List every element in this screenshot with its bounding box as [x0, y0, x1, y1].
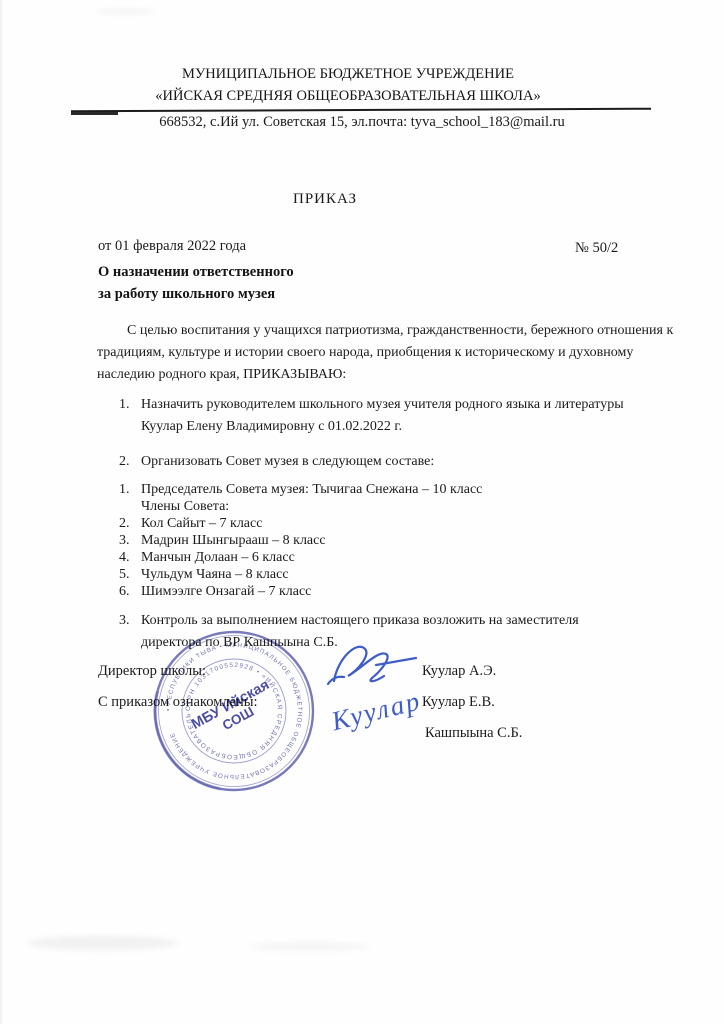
- org-address-line: 668532, с.Ий ул. Советская 15, эл.почта:…: [0, 112, 724, 132]
- council-member-number: 5.: [119, 566, 141, 583]
- council-member-row: 3. Мадрин Шынгырааш – 8 класс: [119, 532, 671, 549]
- council-member-number: 4.: [119, 549, 141, 566]
- letterhead: МУНИЦИПАЛЬНОЕ БЮДЖЕТНОЕ УЧРЕЖДЕНИЕ «ИЙСК…: [0, 64, 710, 107]
- order-number: № 50/2: [575, 240, 618, 257]
- council-members-subheading: Члены Совета:: [141, 498, 671, 515]
- document-type-title: ПРИКАЗ: [293, 191, 357, 208]
- council-member-text: Мадрин Шынгырааш – 8 класс: [141, 532, 671, 549]
- council-chair-line: Председатель Совета музея: Тычигаа Снежа…: [141, 481, 671, 498]
- order-subject: О назначении ответственного за работу шк…: [98, 261, 294, 305]
- council-member-number: 1.: [119, 481, 141, 515]
- council-member-text: Кол Сайыт – 7 класс: [141, 515, 671, 532]
- council-member-row: 2. Кол Сайыт – 7 класс: [119, 515, 671, 532]
- council-member-text: Шимээлге Онзагай – 7 класс: [141, 583, 671, 600]
- council-member-text: Манчын Долаан – 6 класс: [141, 549, 671, 566]
- council-member-row: 6. Шимээлге Онзагай – 7 класс: [119, 583, 671, 600]
- council-member-text: Председатель Совета музея: Тычигаа Снежа…: [141, 481, 671, 515]
- org-name-line2: «ИЙСКАЯ СРЕДНЯЯ ОБЩЕОБРАЗОВАТЕЛЬНАЯ ШКОЛ…: [0, 86, 710, 108]
- scanned-order-document: { "letterhead": { "org_line1": "МУНИЦИПА…: [0, 0, 724, 1024]
- order-item-number: 3.: [119, 610, 141, 653]
- order-subject-line1: О назначении ответственного: [98, 261, 294, 283]
- council-members-list: 1. Председатель Совета музея: Тычигаа Сн…: [119, 481, 671, 600]
- scan-smudge: [28, 936, 178, 950]
- council-member-row: 1. Председатель Совета музея: Тычигаа Сн…: [119, 481, 671, 515]
- order-preamble: С целью воспитания у учащихся патриотизм…: [97, 320, 675, 386]
- order-subject-line2: за работу школьного музея: [98, 283, 294, 305]
- order-item-text: Назначить руководителем школьного музея …: [141, 394, 661, 437]
- council-member-number: 6.: [119, 583, 141, 600]
- council-member-text: Чульдум Чаяна – 8 класс: [141, 566, 671, 583]
- council-member-number: 3.: [119, 532, 141, 549]
- council-member-row: 4. Манчын Долаан – 6 класс: [119, 549, 671, 566]
- council-member-number: 2.: [119, 515, 141, 532]
- order-item: 2. Организовать Совет музея в следующем …: [119, 451, 661, 473]
- round-school-stamp: • РЕСПУБЛИКИ ТЫВА • МУНИЦИПАЛЬНОЕ БЮДЖЕТ…: [150, 627, 318, 795]
- order-item-text: Организовать Совет музея в следующем сос…: [141, 451, 661, 473]
- org-name-line1: МУНИЦИПАЛЬНОЕ БЮДЖЕТНОЕ УЧРЕЖДЕНИЕ: [0, 64, 710, 86]
- signature-name-script: Куулар: [327, 685, 424, 736]
- signature-flourish: [328, 647, 416, 684]
- scan-smudge: [95, 8, 155, 15]
- scan-page-edge: [0, 0, 3, 1024]
- stamp-center-text: МБУ Ийская СОШ: [189, 677, 280, 746]
- scan-smudge: [250, 942, 370, 951]
- order-item-number: 1.: [119, 394, 141, 437]
- council-member-row: 5. Чульдум Чаяна – 8 класс: [119, 566, 671, 583]
- order-items-list: 1. Назначить руководителем школьного муз…: [119, 394, 661, 487]
- order-item-number: 2.: [119, 451, 141, 473]
- order-date: от 01 февраля 2022 года: [98, 238, 246, 255]
- order-item: 1. Назначить руководителем школьного муз…: [119, 394, 661, 437]
- document-page: МУНИЦИПАЛЬНОЕ БЮДЖЕТНОЕ УЧРЕЖДЕНИЕ «ИЙСК…: [0, 0, 724, 1024]
- handwritten-signature: Куулар: [320, 636, 445, 736]
